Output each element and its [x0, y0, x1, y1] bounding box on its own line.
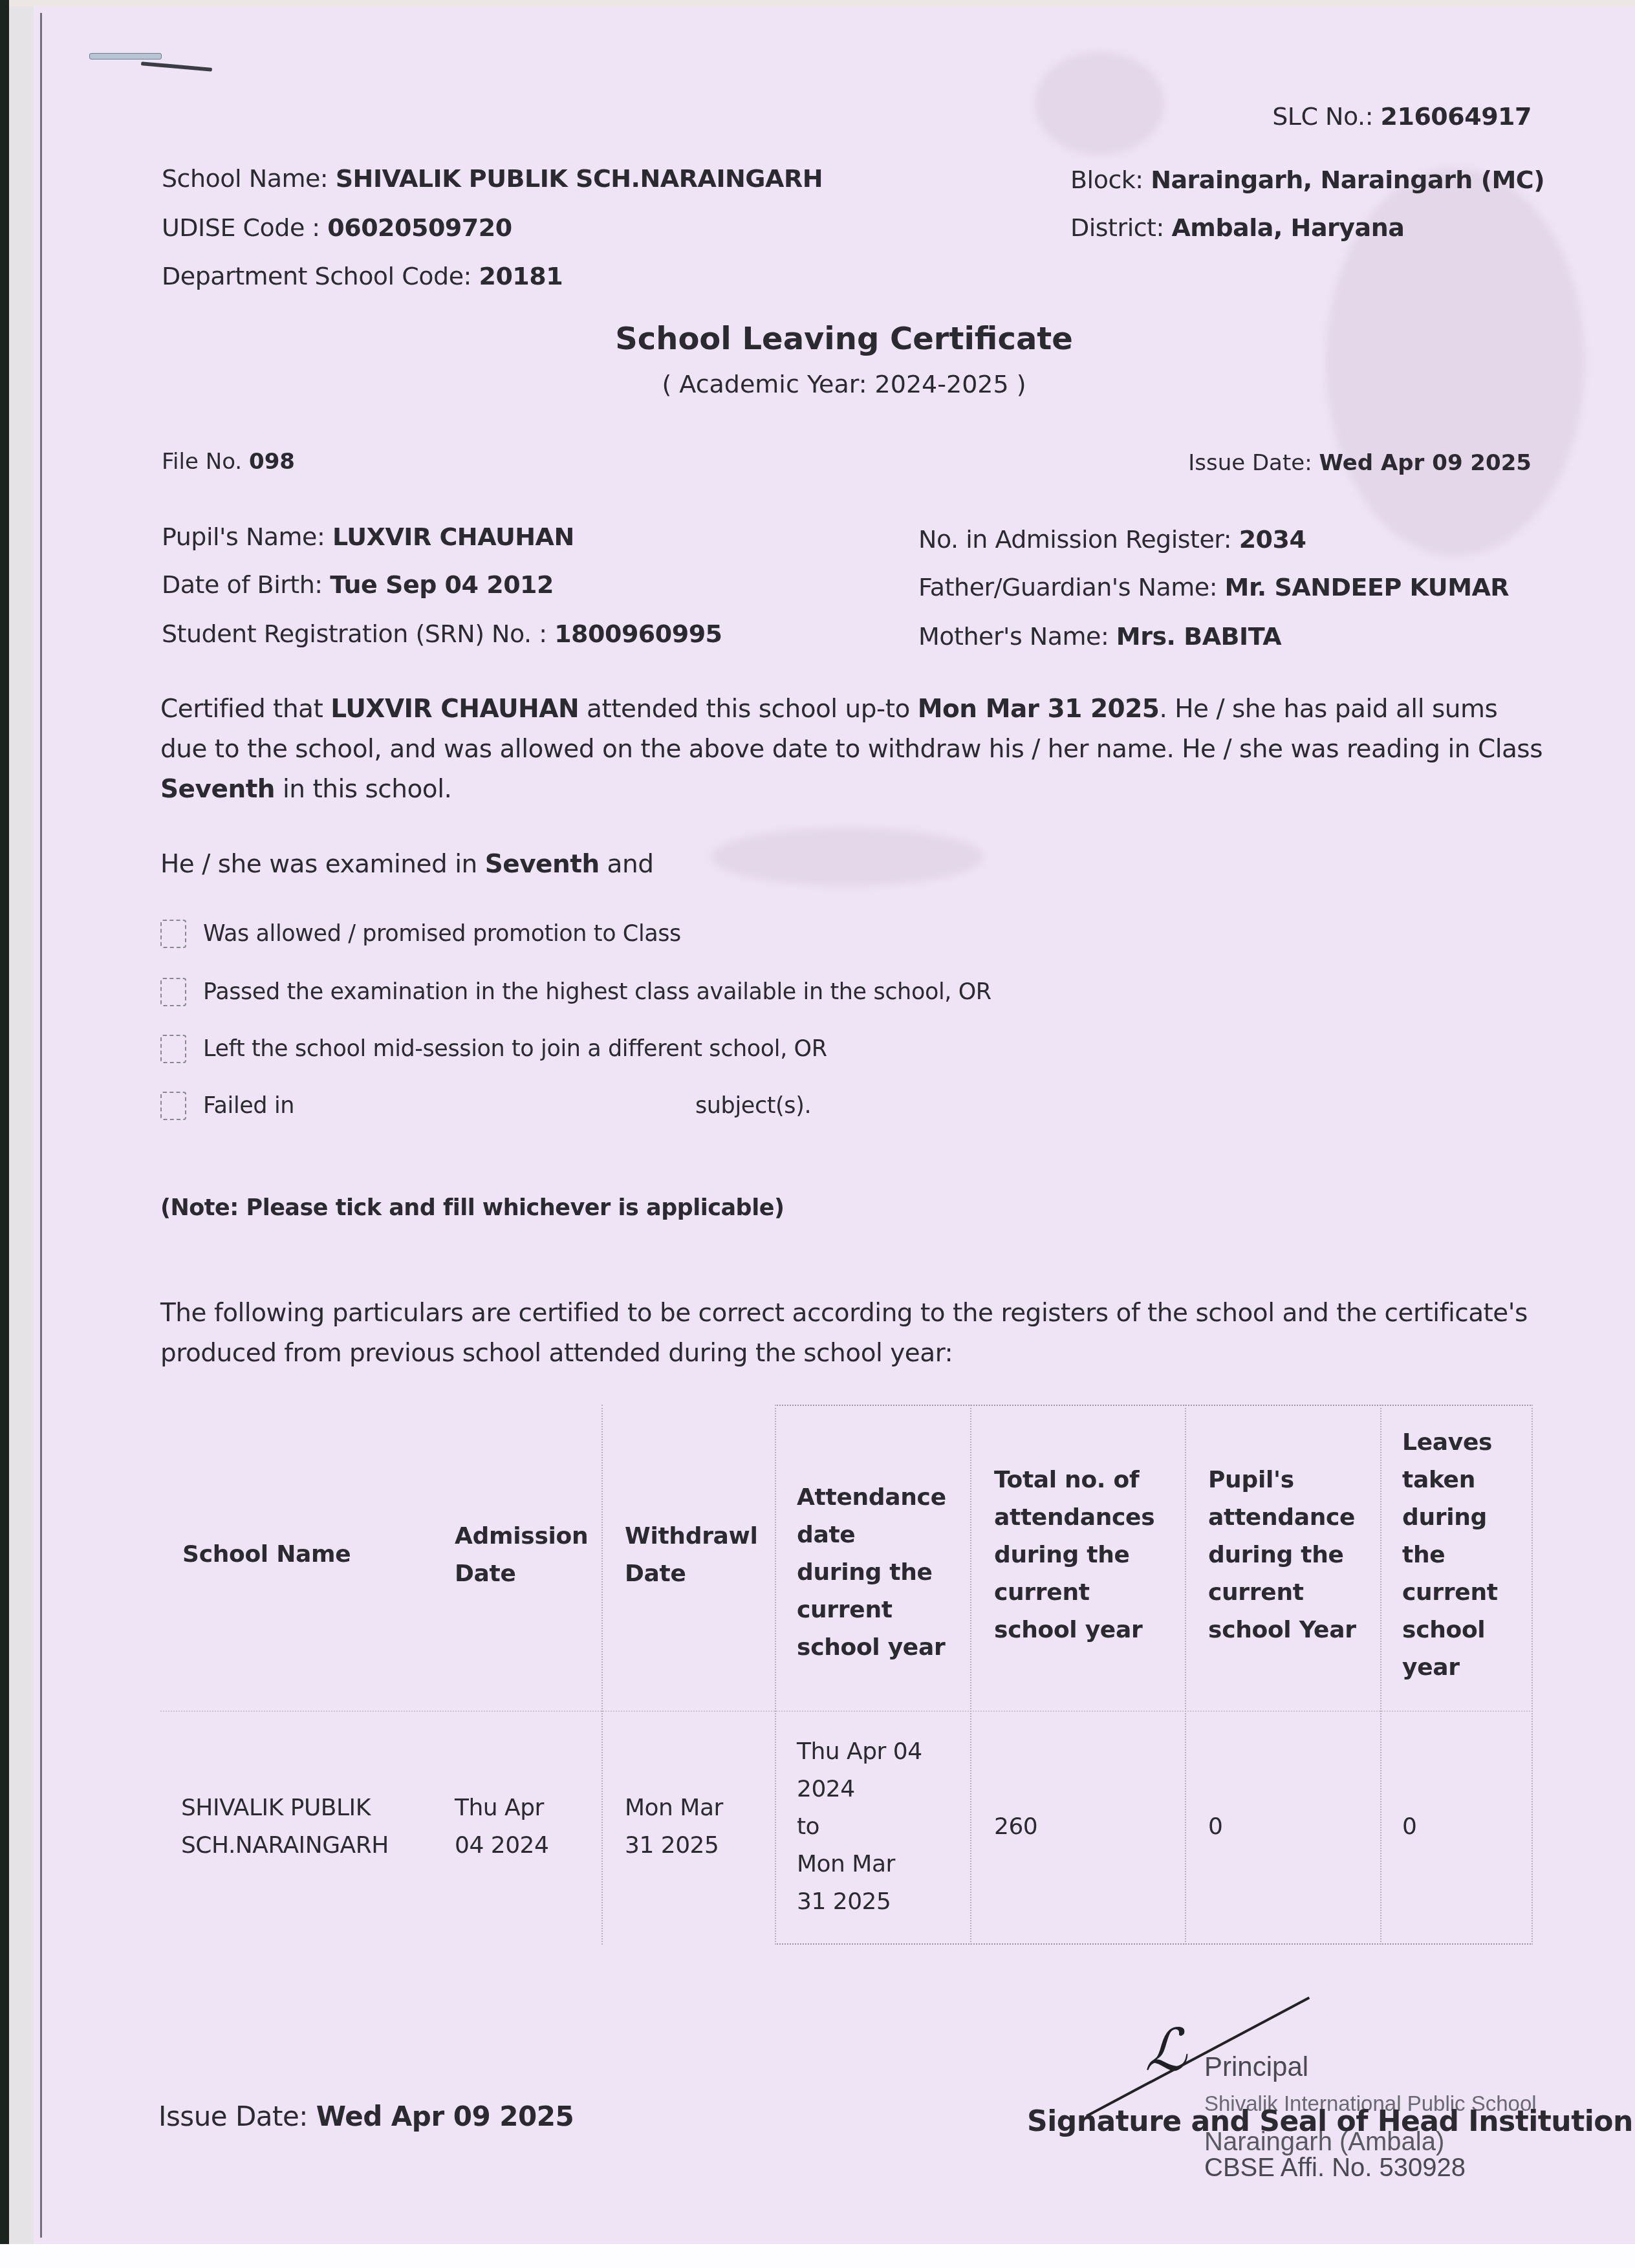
- th-total-attendances: Total no. of attendances during the curr…: [994, 1462, 1175, 1649]
- father-name: Father/Guardian's Name: Mr. SANDEEP KUMA…: [918, 573, 1509, 601]
- block-label: Block:: [1070, 166, 1143, 194]
- smudge: [1035, 52, 1164, 155]
- district-label: District:: [1070, 213, 1164, 242]
- scan-strip-top: [9, 0, 1635, 6]
- attendance-to: Mon Mar 31 2025: [797, 1846, 926, 1921]
- cert-pupil-name: LUXVIR CHAUHAN: [330, 695, 579, 724]
- issue-date-bottom: Issue Date: Wed Apr 09 2025: [158, 2101, 574, 2132]
- option-label: Left the school mid-session to join a di…: [203, 1036, 827, 1062]
- pupil-name-value: LUXVIR CHAUHAN: [332, 523, 574, 551]
- pupil-name-label: Pupil's Name:: [162, 523, 325, 551]
- admission-no-label: No. in Admission Register:: [918, 525, 1231, 554]
- certification-paragraph: Certified that LUXVIR CHAUHAN attended t…: [160, 689, 1551, 810]
- dob-value: Tue Sep 04 2012: [330, 570, 554, 599]
- failed-checkbox[interactable]: [160, 1092, 186, 1120]
- particulars-paragraph: The following particulars are certified …: [160, 1293, 1551, 1374]
- srn-value: 1800960995: [554, 620, 722, 648]
- footer-issue-date-label: Issue Date:: [158, 2101, 308, 2132]
- th-admission-date: Admission Date: [455, 1518, 584, 1593]
- dept-code-label: Department School Code:: [162, 262, 471, 290]
- stamp-title: Principal: [1204, 2051, 1308, 2082]
- table-column-divider: [970, 1405, 971, 1945]
- certificate-title: School Leaving Certificate: [0, 321, 1635, 357]
- option-promotion: Was allowed / promised promotion to Clas…: [160, 920, 681, 948]
- table-column-divider: [1185, 1405, 1186, 1945]
- option-label: Failed in: [203, 1093, 294, 1119]
- cert-text: Certified that: [160, 695, 330, 724]
- exam-class: Seventh: [485, 850, 600, 879]
- attendance-to-word: to: [797, 1808, 926, 1846]
- table-column-divider: [775, 1405, 776, 1945]
- srn-label: Student Registration (SRN) No. :: [162, 620, 547, 648]
- td-total-attendances: 260: [994, 1808, 1037, 1846]
- issue-date-label: Issue Date:: [1188, 450, 1312, 476]
- slc-label: SLC No.:: [1272, 102, 1373, 131]
- file-number: File No. 098: [162, 449, 295, 475]
- exam-text: He / she was examined in: [160, 850, 485, 879]
- cert-class: Seventh: [160, 775, 275, 804]
- note: (Note: Please tick and fill whichever is…: [160, 1195, 784, 1221]
- dept-code-value: 20181: [479, 262, 563, 290]
- admission-register-number: No. in Admission Register: 2034: [918, 525, 1306, 554]
- slc-value: 216064917: [1381, 102, 1532, 131]
- table-border-top: [775, 1405, 1533, 1406]
- udise-label: UDISE Code :: [162, 213, 320, 242]
- th-leaves-taken: Leaves taken during the current school y…: [1402, 1424, 1499, 1687]
- school-name-label: School Name:: [162, 164, 328, 193]
- option-suffix: subject(s).: [695, 1093, 811, 1119]
- school-name-value: SHIVALIK PUBLIK SCH.NARAINGARH: [336, 164, 823, 193]
- block-value: Naraingarh, Naraingarh (MC): [1151, 166, 1544, 194]
- td-admission-date: Thu Apr 04 2024: [455, 1789, 565, 1864]
- stamp-affiliation: CBSE Affi. No. 530928: [1204, 2154, 1466, 2183]
- td-school-name: SHIVALIK PUBLIK SCH.NARAINGARH: [181, 1789, 427, 1864]
- td-withdrawl-date: Mon Mar 31 2025: [625, 1789, 735, 1864]
- district: District: Ambala, Haryana: [1070, 213, 1404, 242]
- father-value: Mr. SANDEEP KUMAR: [1225, 573, 1510, 601]
- cert-text: in this school.: [275, 775, 451, 804]
- td-leaves-taken: 0: [1402, 1808, 1416, 1846]
- option-passed-highest: Passed the examination in the highest cl…: [160, 978, 991, 1006]
- td-pupil-attendance: 0: [1208, 1808, 1222, 1846]
- th-school-name: School Name: [182, 1536, 376, 1573]
- td-attendance-range: Thu Apr 04 2024 to Mon Mar 31 2025: [797, 1733, 926, 1921]
- option-label: Passed the examination in the highest cl…: [203, 979, 991, 1005]
- issue-date-top: Issue Date: Wed Apr 09 2025: [1188, 450, 1532, 476]
- mother-value: Mrs. BABITA: [1116, 622, 1281, 651]
- examination-statement: He / she was examined in Seventh and: [160, 845, 1551, 885]
- table-header-divider: [160, 1711, 1533, 1712]
- cert-leaving-date: Mon Mar 31 2025: [918, 695, 1160, 724]
- option-label: Was allowed / promised promotion to Clas…: [203, 921, 681, 947]
- dob-label: Date of Birth:: [162, 570, 323, 599]
- udise-value: 06020509720: [327, 213, 512, 242]
- option-failed: Failed in subject(s).: [160, 1092, 811, 1120]
- th-attendance-date: Attendance date during the current schoo…: [797, 1479, 946, 1667]
- staple-icon: [89, 53, 162, 59]
- table-column-divider: [1532, 1405, 1533, 1945]
- footer-issue-date-value: Wed Apr 09 2025: [316, 2101, 574, 2132]
- th-pupil-attendance: Pupil's attendance during the current sc…: [1208, 1462, 1357, 1649]
- table-column-divider: [601, 1405, 603, 1945]
- promotion-checkbox[interactable]: [160, 920, 186, 948]
- table-column-divider: [1380, 1405, 1381, 1945]
- father-label: Father/Guardian's Name:: [918, 573, 1217, 601]
- udise-code: UDISE Code : 06020509720: [162, 213, 512, 242]
- issue-date-value: Wed Apr 09 2025: [1319, 450, 1532, 476]
- table-border-bottom: [775, 1943, 1533, 1945]
- stamp-place: Naraingarh (Ambala): [1204, 2128, 1444, 2157]
- file-no-label: File No.: [162, 449, 242, 475]
- exam-text: and: [600, 850, 654, 879]
- date-of-birth: Date of Birth: Tue Sep 04 2012: [162, 570, 554, 599]
- left-midsession-checkbox[interactable]: [160, 1035, 186, 1063]
- pupil-name: Pupil's Name: LUXVIR CHAUHAN: [162, 523, 574, 551]
- department-school-code: Department School Code: 20181: [162, 262, 563, 290]
- district-value: Ambala, Haryana: [1171, 213, 1404, 242]
- scan-bottom-margin: [0, 2244, 1635, 2268]
- mother-name: Mother's Name: Mrs. BABITA: [918, 622, 1281, 651]
- school-name: School Name: SHIVALIK PUBLIK SCH.NARAING…: [162, 164, 823, 193]
- attendance-from: Thu Apr 04 2024: [797, 1733, 926, 1808]
- academic-year: ( Academic Year: 2024-2025 ): [0, 370, 1635, 398]
- admission-no-value: 2034: [1239, 525, 1306, 554]
- option-left-midsession: Left the school mid-session to join a di…: [160, 1035, 827, 1063]
- passed-highest-checkbox[interactable]: [160, 978, 186, 1006]
- cert-text: attended this school up-to: [579, 695, 918, 724]
- srn-number: Student Registration (SRN) No. : 1800960…: [162, 620, 722, 648]
- mother-label: Mother's Name:: [918, 622, 1109, 651]
- slc-number: SLC No.: 216064917: [1272, 102, 1532, 131]
- block: Block: Naraingarh, Naraingarh (MC): [1070, 166, 1544, 194]
- file-no-value: 098: [249, 449, 295, 475]
- th-withdrawl-date: Withdrawl Date: [625, 1518, 754, 1593]
